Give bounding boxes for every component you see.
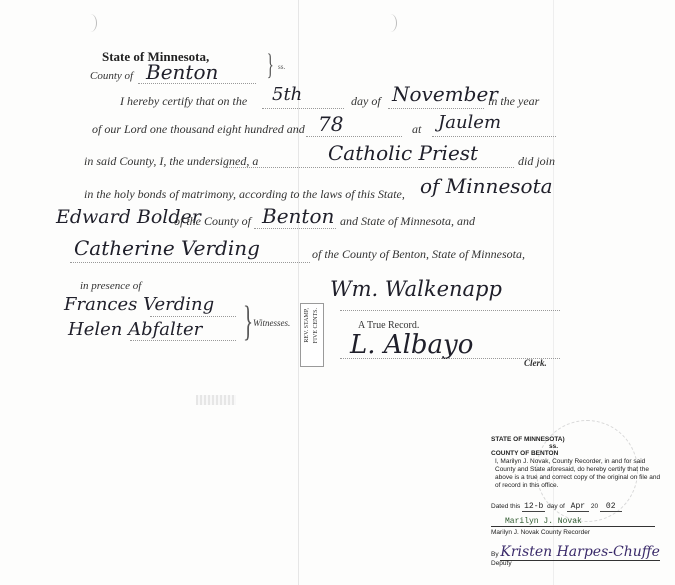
officiant-underline xyxy=(226,167,514,168)
groom-county-underline xyxy=(254,228,336,229)
clerk-signature: L. Albayo xyxy=(350,330,473,360)
bride-name: Catherine Verding xyxy=(74,236,260,260)
brace: } xyxy=(267,48,274,82)
punch-hole-left xyxy=(84,14,97,32)
ss-label: ss. xyxy=(278,63,285,71)
county-label: County of xyxy=(90,70,133,82)
place-value: Jaulem xyxy=(438,112,501,133)
year-prefix: 20 xyxy=(591,503,598,510)
stamp-text-2: FIVE CENTS. xyxy=(312,308,321,343)
paper-smudge xyxy=(196,395,236,405)
dated-day: 12-b xyxy=(522,502,545,512)
recorder-title: Marilyn J. Novak County Recorder xyxy=(491,529,661,536)
certify-text: I hereby certify that on the xyxy=(120,94,247,109)
state-value: of Minnesota xyxy=(420,174,553,198)
dated-label: Dated this xyxy=(491,503,520,510)
stamp-text-1: REV. STAMP, xyxy=(303,308,312,343)
day-value: 5th xyxy=(272,84,302,105)
deputy-label: Deputy xyxy=(491,560,512,567)
witness-2: Helen Abfalter xyxy=(68,319,202,340)
day-of-text: day of xyxy=(351,94,381,109)
state-and-text: and State of Minnesota, and xyxy=(340,214,475,229)
clerk-label: Clerk. xyxy=(524,358,547,368)
day-of-label: day of xyxy=(547,503,565,510)
year-text: in the year xyxy=(488,94,539,109)
officiant-signature-line xyxy=(340,310,560,311)
officiant-value: Catholic Priest xyxy=(328,141,478,165)
bride-underline xyxy=(70,262,310,263)
cert-statement: I, Marilyn J. Novak, County Recorder, in… xyxy=(491,458,661,490)
did-join-text: did join xyxy=(518,154,555,169)
cert-county-line: COUNTY OF BENTON xyxy=(491,450,661,457)
year-underline xyxy=(306,136,402,137)
dated-year: 02 xyxy=(600,502,622,512)
holy-bonds-text: in the holy bonds of matrimony, accordin… xyxy=(84,187,405,202)
by-label: By xyxy=(491,551,499,558)
recorder-certification: STATE OF MINNESOTA) ss. COUNTY OF BENTON… xyxy=(491,436,661,567)
witness-1-underline xyxy=(150,316,236,317)
of-county-text: of the County of xyxy=(174,214,251,229)
lord-text: of our Lord one thousand eight hundred a… xyxy=(92,122,305,137)
place-underline xyxy=(432,136,556,137)
county-underline xyxy=(138,83,256,84)
month-value: November xyxy=(392,82,498,106)
witness-2-underline xyxy=(130,340,236,341)
groom-county-value: Benton xyxy=(262,204,334,228)
month-underline xyxy=(388,108,484,109)
presence-label: in presence of xyxy=(80,280,141,292)
witness-1: Frances Verding xyxy=(64,294,214,315)
officiant-signature: Wm. Walkenapp xyxy=(330,277,502,301)
revenue-stamp: REV. STAMP, FIVE CENTS. xyxy=(300,303,324,367)
recorder-name: Marilyn J. Novak xyxy=(491,517,655,527)
year-value: 78 xyxy=(318,112,343,136)
dated-month: Apr xyxy=(567,502,589,512)
witnesses-label: Witnesses. xyxy=(253,318,290,328)
deputy-signature: Kristen Harpes-Chuffe xyxy=(500,544,660,561)
witness-brace: } xyxy=(243,298,253,346)
county-value: Benton xyxy=(146,60,218,84)
at-text: at xyxy=(412,122,421,137)
cert-state-line: STATE OF MINNESOTA) xyxy=(491,436,661,443)
punch-hole-right xyxy=(384,14,397,32)
day-underline xyxy=(262,108,344,109)
bride-county-text: of the County of Benton, State of Minnes… xyxy=(312,247,525,262)
cert-ss: ss. xyxy=(491,443,661,450)
